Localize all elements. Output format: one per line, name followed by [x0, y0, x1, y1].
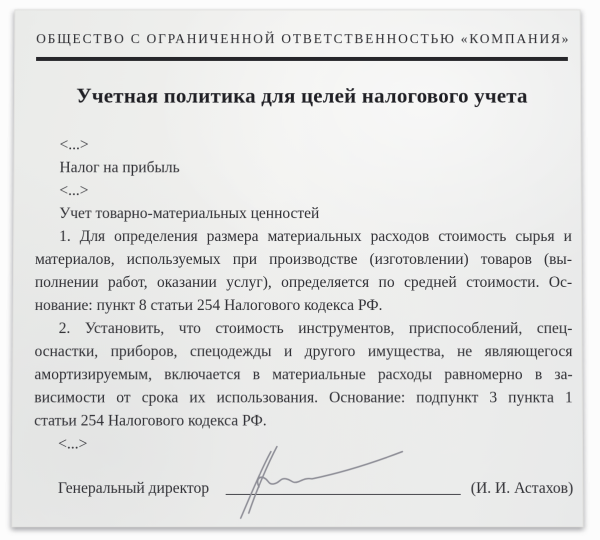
body-line: <...>	[36, 133, 572, 156]
org-name: ОБЩЕСТВО С ОГРАНИЧЕННОЙ ОТВЕТСТВЕННОСТЬЮ…	[36, 30, 568, 48]
paragraph-line: 2. Установить, что стоимость инструменто…	[35, 317, 573, 340]
document-title: Учетная политика для целей налогового уч…	[36, 83, 568, 109]
paragraph-line: висимости от срока их использования. Осн…	[34, 386, 573, 409]
signature-stroke	[248, 447, 276, 514]
body-line: <...>	[35, 179, 571, 202]
body-line: Налог на прибыль	[35, 156, 571, 179]
paragraph-line: амортизируемым, включается в материальны…	[34, 363, 572, 386]
signature-role-label: Генеральный директор	[34, 477, 209, 500]
signature-stroke	[240, 452, 270, 519]
body-line: <...>	[34, 432, 573, 455]
paragraph-line: статьи 254 Налогового кодекса РФ.	[34, 409, 573, 432]
paragraph-line: 1. Для определения размера материальных …	[35, 225, 572, 248]
signature-stroke	[257, 452, 402, 487]
body-line: Учет товарно-материальных ценностей	[35, 202, 572, 225]
page-background: ОБЩЕСТВО С ОГРАНИЧЕННОЙ ОТВЕТСТВЕННОСТЬЮ…	[0, 0, 600, 540]
header-double-rule	[36, 57, 568, 61]
paragraph-line: материалов, используемых при производств…	[35, 248, 572, 271]
document-paper: ОБЩЕСТВО С ОГРАНИЧЕННОЙ ОТВЕТСТВЕННОСТЬЮ…	[12, 9, 584, 527]
paragraph-line: полнении работ, оказании услуг), определ…	[35, 271, 572, 294]
signature-line	[225, 493, 461, 495]
document-body: <...>Налог на прибыль<...>Учет товарно-м…	[34, 133, 573, 455]
paragraph-line: оснастки, приборов, спецодежды и другого…	[34, 340, 572, 363]
signature-name: (И. И. Астахов)	[471, 477, 574, 500]
signature-row: Генеральный директор (И. И. Астахов)	[34, 477, 573, 500]
paragraph-line: нование: пункт 8 статьи 254 Налогового к…	[35, 294, 573, 317]
